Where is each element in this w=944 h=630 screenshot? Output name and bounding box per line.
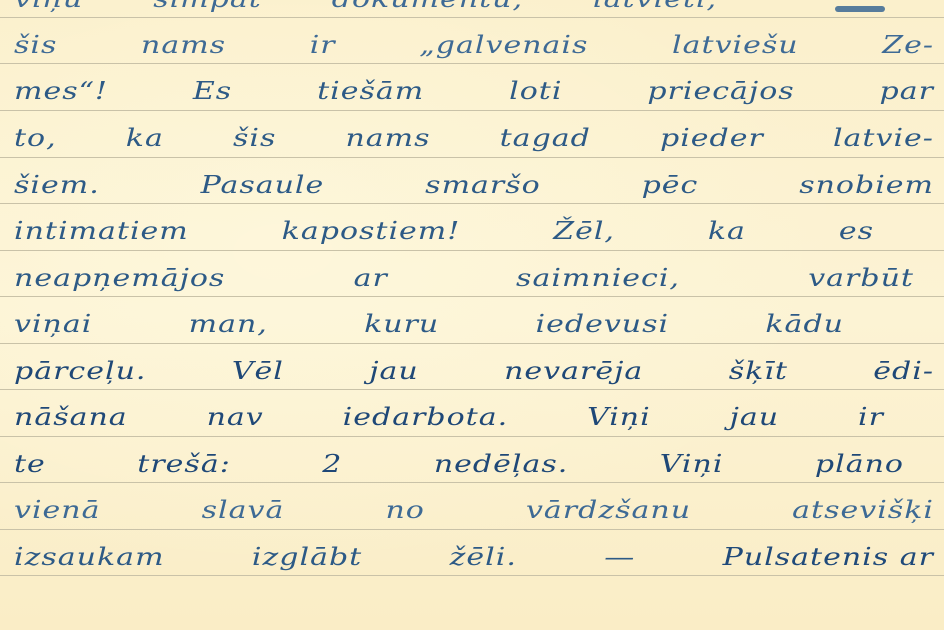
word: šis: [233, 120, 276, 159]
word: nevarēja: [504, 353, 643, 392]
handwriting-line-12: vienā slavā no vārdzšanu atsevišķi: [14, 485, 934, 531]
handwriting-line-4: to, ka šis nams tagad pieder latvie-: [14, 113, 934, 159]
word: trešā:: [137, 446, 231, 485]
word: Viņi: [587, 399, 651, 438]
word: tiešām: [317, 73, 424, 112]
word: saimnieci,: [516, 260, 680, 299]
word: izsaukam: [14, 539, 165, 578]
word: slavā: [202, 492, 285, 531]
word: Žēl,: [553, 213, 615, 252]
word: ka: [708, 213, 746, 252]
word: ēdi-: [873, 353, 934, 392]
word: priecājos: [647, 73, 794, 112]
word: loti: [509, 73, 562, 112]
handwriting-line-11: te trešā: 2 nedēļas. Viņi plāno: [14, 439, 904, 485]
word: iedarbota.: [343, 399, 509, 438]
word: no: [385, 492, 424, 531]
word: kuru: [364, 306, 439, 345]
word: šķīt: [729, 353, 788, 392]
word: 2: [322, 446, 342, 485]
word: kādu: [765, 306, 844, 345]
word: mes“!: [14, 73, 108, 112]
word: jau: [369, 353, 419, 392]
word: atsevišķi: [792, 492, 934, 531]
word: vienā: [14, 492, 101, 531]
struck-out-word: [835, 6, 885, 12]
word: Ze-: [882, 27, 934, 66]
word: viņai: [14, 306, 92, 345]
handwritten-letter-page: viņu šimpat dokumentu, latvieti, šis nam…: [0, 0, 944, 630]
word: snobiem: [799, 167, 934, 206]
word: nāšana: [14, 399, 128, 438]
word: nav: [207, 399, 264, 438]
word: viņu: [14, 0, 83, 20]
word: nedēļas.: [434, 446, 568, 485]
word: ka: [126, 120, 164, 159]
word: varbūt: [808, 260, 914, 299]
word: pieder: [660, 120, 764, 159]
word: intimatiem: [14, 213, 189, 252]
word: žēli.: [450, 539, 517, 578]
word: ir: [858, 399, 884, 438]
word: šiem.: [14, 167, 100, 206]
word: Vēl: [232, 353, 284, 392]
word: —: [604, 539, 635, 578]
word: tagad: [500, 120, 591, 159]
word: nams: [345, 120, 430, 159]
word: man,: [189, 306, 268, 345]
word: šimpat: [153, 0, 262, 20]
word: Pasaule: [201, 167, 325, 206]
handwriting-line-8: viņai man, kuru iedevusi kādu: [14, 299, 844, 345]
word: pēc: [642, 167, 699, 206]
word: vārdzšanu: [526, 492, 691, 531]
word: te: [14, 446, 46, 485]
word: nams: [141, 27, 226, 66]
word: kapostiem!: [282, 213, 461, 252]
handwriting-line-6: intimatiem kapostiem! Žēl, ka es: [14, 206, 874, 252]
word: šis: [14, 27, 57, 66]
handwriting-line-13: izsaukam izglābt žēli. — Pulsatenis ar: [14, 532, 934, 578]
handwriting-line-5: šiem. Pasaule smaršo pēc snobiem: [14, 160, 934, 206]
word: neapņemājos: [14, 260, 225, 299]
word: ar: [354, 260, 388, 299]
handwriting-line-3: mes“! Es tiešām loti priecājos par: [14, 66, 934, 112]
word: jau: [730, 399, 780, 438]
word: es: [839, 213, 874, 252]
word: izglābt: [252, 539, 362, 578]
handwriting-line-10: nāšana nav iedarbota. Viņi jau ir: [14, 392, 884, 438]
handwriting-line-7: neapņemājos ar saimnieci, varbūt: [14, 253, 914, 299]
word: „galvenais: [419, 27, 588, 66]
word: iedevusi: [536, 306, 670, 345]
word: dokumentu,: [332, 0, 523, 20]
word: ir: [310, 27, 336, 66]
word: latvie-: [833, 120, 934, 159]
handwriting-line-9: pārceļu. Vēl jau nevarēja šķīt ēdi-: [14, 346, 934, 392]
word: plāno: [815, 446, 904, 485]
signature: Pulsatenis ar: [723, 539, 934, 578]
word: latviešu: [672, 27, 799, 66]
word: par: [880, 73, 934, 112]
word: Es: [193, 73, 232, 112]
handwriting-line-1: viņu šimpat dokumentu, latvieti,: [14, 0, 834, 20]
word: smaršo: [425, 167, 541, 206]
word: to,: [14, 120, 57, 159]
word: Viņi: [660, 446, 724, 485]
handwriting-line-2: šis nams ir „galvenais latviešu Ze-: [14, 20, 934, 66]
word: latvieti,: [593, 0, 717, 20]
word: pārceļu.: [14, 353, 146, 392]
